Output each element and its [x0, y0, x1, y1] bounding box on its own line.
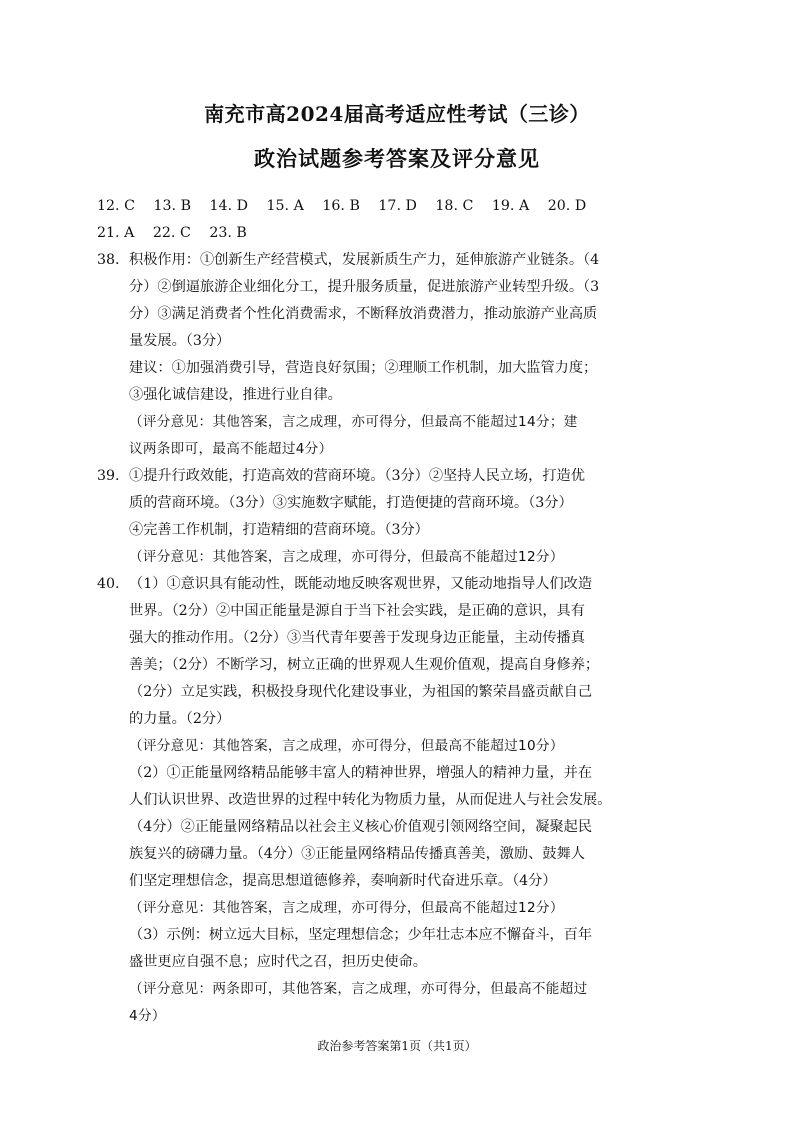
grading-note: （评分意见：其他答案，言之成理，亦可得分，但最高不能超过12分）	[129, 544, 687, 571]
answer-line: 积极作用：①创新生产经营模式，发展新质生产力，延伸旅游产业链条。（4	[129, 247, 687, 274]
answer-line: （3）示例：树立远大目标，坚定理想信念；少年壮志本应不懈奋斗，百年	[129, 922, 687, 949]
grading-note: （评分意见：两条即可，其他答案，言之成理，亦可得分，但最高不能超过	[129, 976, 687, 1003]
answer-content: 12. C 13. B 14. D 15. A 16. B 17. D 18. …	[97, 193, 687, 1030]
answer-line: （4分）②正能量网络精品以社会主义核心价值观引领网络空间，凝聚起民	[129, 814, 687, 841]
mc-answer: 21. A	[97, 220, 134, 247]
mc-answer: 13. B	[153, 193, 191, 220]
grading-note: 4分）	[129, 1003, 687, 1030]
answer-line: （2分）立足实践，积极投身现代化建设事业，为祖国的繁荣昌盛贡献自己	[129, 679, 687, 706]
mc-answer: 19. A	[492, 193, 529, 220]
answer-line: 的力量。（2分）	[129, 706, 687, 733]
answer-line: 人们认识世界、改造世界的过程中转化为物质力量，从而促进人与社会发展。	[129, 787, 687, 814]
mc-answer: 17. D	[378, 193, 416, 220]
grading-note: （评分意见：其他答案，言之成理，亦可得分，但最高不能超过10分）	[129, 733, 687, 760]
document-title: 南充市高2024届高考适应性考试（三诊）	[0, 98, 794, 127]
answer-line: 们坚定理想信念，提高思想道德修养，奏响新时代奋进乐章。（4分）	[129, 868, 687, 895]
mc-answer: 20. D	[548, 193, 586, 220]
mc-answer: 12. C	[97, 193, 135, 220]
mc-answer: 15. A	[267, 193, 304, 220]
mc-answer: 16. B	[322, 193, 360, 220]
answer-line: ①提升行政效能，打造高效的营商环境。（3分）②坚持人民立场，打造优	[129, 463, 687, 490]
answer-line: 量发展。（3分）	[129, 328, 687, 355]
mc-answer: 23. B	[209, 220, 247, 247]
answer-line: 质的营商环境。（3分）③实施数字赋能，打造便捷的营商环境。（3分）	[129, 490, 687, 517]
answer-line: （2）①正能量网络精品能够丰富人的精神世界，增强人的精神力量，并在	[129, 760, 687, 787]
mc-answers-row-1: 12. C 13. B 14. D 15. A 16. B 17. D 18. …	[97, 193, 687, 220]
question-39: 39. ①提升行政效能，打造高效的营商环境。（3分）②坚持人民立场，打造优 质的…	[97, 463, 687, 571]
answer-line: ③强化诚信建设，推进行业自律。	[129, 382, 687, 409]
answer-line: 建议：①加强消费引导，营造良好氛围；②理顺工作机制，加大监管力度；	[129, 355, 687, 382]
question-number: 39.	[97, 463, 120, 490]
grading-note: （评分意见：其他答案，言之成理，亦可得分，但最高不能超过14分；建	[129, 409, 687, 436]
grading-note: （评分意见：其他答案，言之成理，亦可得分，但最高不能超过12分）	[129, 895, 687, 922]
grading-note: 议两条即可，最高不能超过4分）	[129, 436, 687, 463]
document-subtitle: 政治试题参考答案及评分意见	[0, 143, 794, 173]
answer-line: 盛世更应自强不息；应时代之召，担历史使命。	[129, 949, 687, 976]
mc-answers-row-2: 21. A 22. C 23. B	[97, 220, 687, 247]
answer-line: ④完善工作机制，打造精细的营商环境。（3分）	[129, 517, 687, 544]
answer-line: 世界。（2分）②中国正能量是源自于当下社会实践，是正确的意识，具有	[129, 598, 687, 625]
question-number: 40.	[97, 571, 120, 598]
answer-line: （1）①意识具有能动性，既能动地反映客观世界，又能动地指导人们改造	[129, 571, 687, 598]
answer-line: 分）③满足消费者个性化消费需求，不断释放消费潜力，推动旅游产业高质	[129, 301, 687, 328]
mc-answer: 18. C	[435, 193, 473, 220]
question-38: 38. 积极作用：①创新生产经营模式，发展新质生产力，延伸旅游产业链条。（4 分…	[97, 247, 687, 463]
answer-line: 强大的推动作用。（2分）③当代青年要善于发现身边正能量，主动传播真	[129, 625, 687, 652]
mc-answer: 22. C	[153, 220, 191, 247]
answer-line: 善美；（2分）不断学习，树立正确的世界观人生观价值观，提高自身修养；	[129, 652, 687, 679]
answer-line: 分）②倒逼旅游企业细化分工，提升服务质量，促进旅游产业转型升级。（3	[129, 274, 687, 301]
page-footer: 政治参考答案第1页（共1页）	[0, 1037, 794, 1054]
answer-line: 族复兴的磅礴力量。（4分）③正能量网络精品传播真善美，激励、鼓舞人	[129, 841, 687, 868]
mc-answer: 14. D	[210, 193, 248, 220]
question-number: 38.	[97, 247, 120, 274]
question-40: 40. （1）①意识具有能动性，既能动地反映客观世界，又能动地指导人们改造 世界…	[97, 571, 687, 1030]
